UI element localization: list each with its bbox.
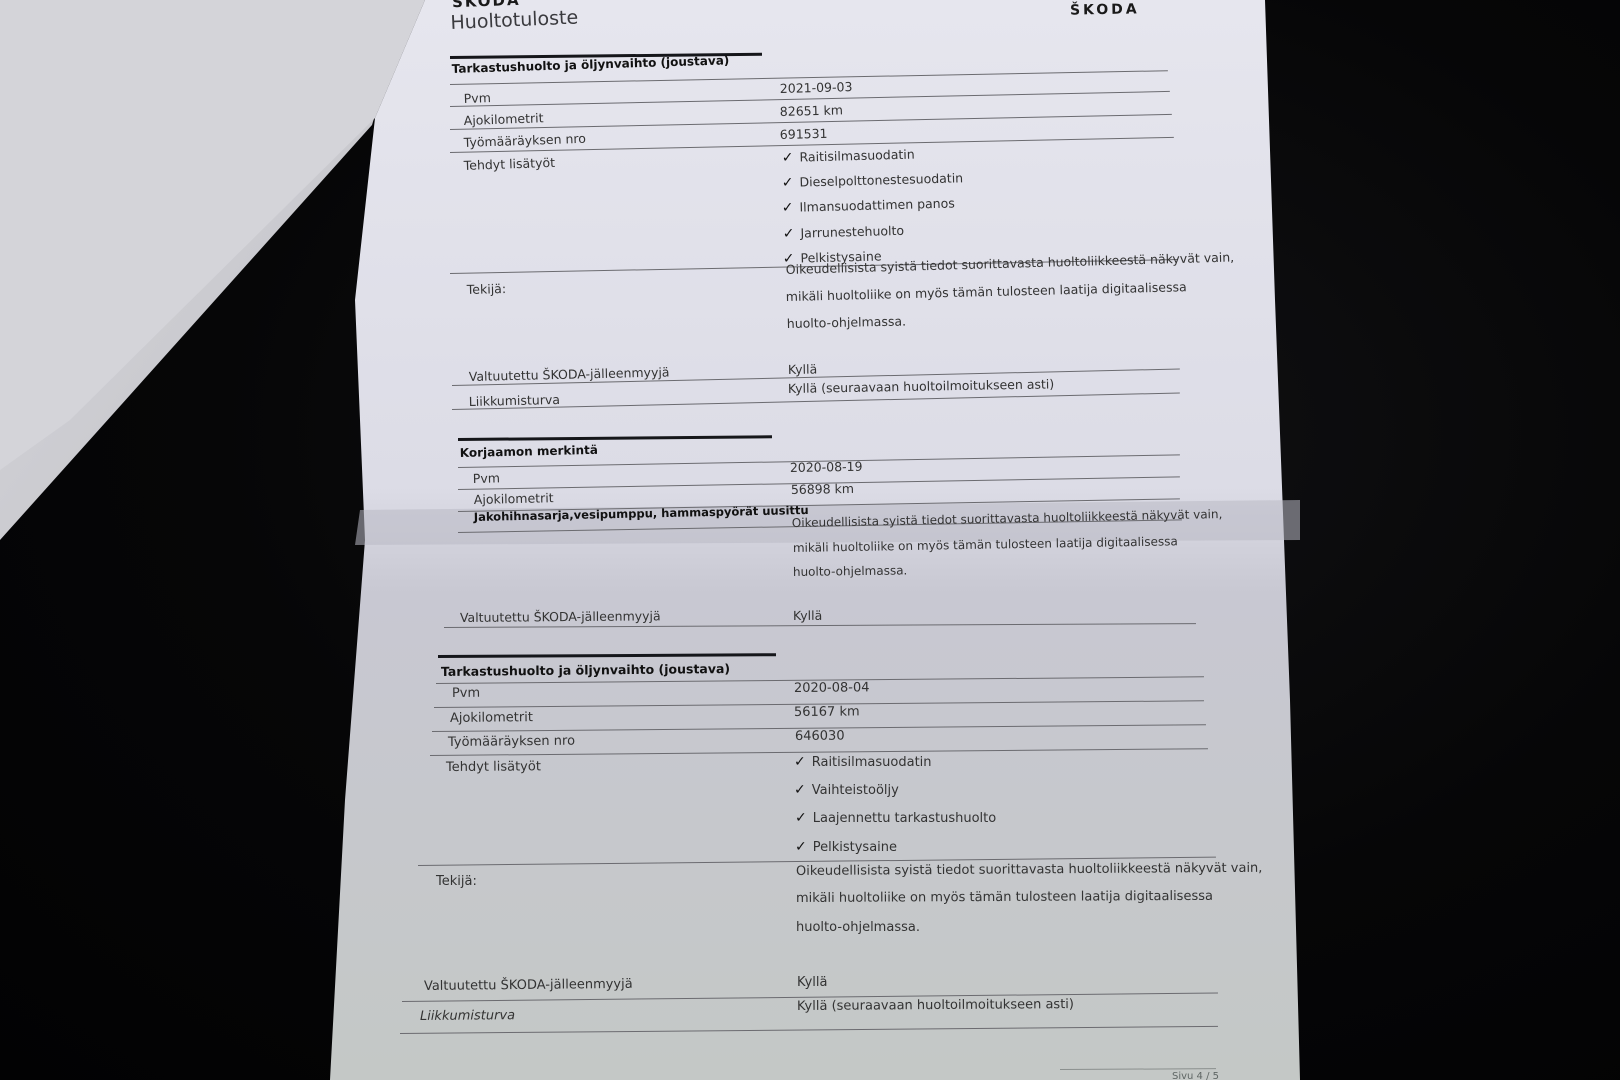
row-divider <box>400 1026 1218 1034</box>
section-divider <box>438 653 776 658</box>
skoda-logo: ŠKODA <box>1070 1 1140 18</box>
field-label-work-order: Työmääräyksen nro <box>448 734 575 750</box>
extra-work-item: ✓Dieselpolttonestesuodatin <box>782 170 964 191</box>
checkmark-icon: ✓ <box>795 839 807 855</box>
maker-note-line: mikäli huoltoliike on myös tämän tuloste… <box>793 534 1178 555</box>
field-value-mileage: 56167 km <box>794 704 860 720</box>
extra-work-item-label: Raitisilmasuodatin <box>812 755 932 770</box>
field-label-maker: Tekijä: <box>467 281 507 297</box>
extra-work-item: ✓Vaihteistoöljy <box>794 782 899 798</box>
maker-note-line: huolto-ohjelmassa. <box>793 563 908 579</box>
field-label-date: Pvm <box>473 470 500 486</box>
extra-work-item: ✓Raitisilmasuodatin <box>794 754 932 770</box>
extra-work-item: ✓Laajennettu tarkastushuolto <box>795 810 996 826</box>
field-label-date: Pvm <box>463 90 491 106</box>
extra-work-item: ✓Pelkistysaine <box>795 839 897 855</box>
extra-work-item: ✓Jarrunestehuolto <box>783 223 905 242</box>
section-title: Tarkastushuolto ja öljynvaihto (joustava… <box>441 661 730 679</box>
field-label-mileage: Ajokilometrit <box>450 710 533 726</box>
field-label-mileage: Ajokilometrit <box>463 110 543 128</box>
field-value-mobility: Kyllä (seuraavaan huoltoilmoitukseen ast… <box>797 997 1074 1014</box>
field-value-dealer: Kyllä <box>793 608 822 623</box>
page-title: Huoltotuloste <box>450 6 579 34</box>
checkmark-icon: ✓ <box>782 200 794 216</box>
checkmark-icon: ✓ <box>794 754 806 770</box>
field-value-mileage: 56898 km <box>791 481 854 497</box>
maker-note-line: huolto-ohjelmassa. <box>787 314 906 331</box>
field-label-work-order: Työmääräyksen nro <box>463 131 586 150</box>
field-value-mobility: Kyllä (seuraavaan huoltoilmoitukseen ast… <box>788 376 1055 396</box>
field-label-dealer: Valtuutettu ŠKODA-jälleenmyyjä <box>424 977 633 994</box>
field-label-mileage: Ajokilometrit <box>474 490 554 507</box>
field-label-date: Pvm <box>452 686 480 701</box>
field-value-mileage: 82651 km <box>780 102 844 119</box>
field-label-maker: Tekijä: <box>436 874 477 889</box>
field-label-extra-work: Tehdyt lisätyöt <box>446 759 541 775</box>
extra-work-item-label: Raitisilmasuodatin <box>799 147 915 165</box>
maker-note-line: Oikeudellisista syistä tiedot suorittava… <box>796 861 1263 879</box>
field-label-extra-work: Tehdyt lisätyöt <box>463 155 555 173</box>
service-printout-page: ŠKODA Huoltotuloste ŠKODA Tarkastushuolt… <box>0 0 1620 1080</box>
footer-divider <box>1060 1068 1216 1070</box>
extra-work-item-label: Ilmansuodattimen panos <box>799 195 955 214</box>
extra-work-item: ✓Raitisilmasuodatin <box>782 147 915 166</box>
maker-note-line: mikäli huoltoliike on myös tämän tuloste… <box>796 889 1213 906</box>
checkmark-icon: ✓ <box>795 810 807 826</box>
checkmark-icon: ✓ <box>782 150 794 166</box>
extra-work-item: ✓Ilmansuodattimen panos <box>782 195 955 216</box>
field-value-work-order: 646030 <box>795 729 845 744</box>
field-value-date: 2020-08-19 <box>790 459 863 475</box>
section-divider <box>458 435 772 441</box>
section-title: Korjaamon merkintä <box>460 443 598 460</box>
workshop-remark: Jakohihnasarja,vesipumppu, hammaspyörät … <box>474 503 809 524</box>
field-value-date: 2021-09-03 <box>780 79 853 96</box>
field-value-dealer: Kyllä <box>797 975 827 990</box>
extra-work-item-label: Dieselpolttonestesuodatin <box>799 170 963 189</box>
maker-note-line: huolto-ohjelmassa. <box>796 920 920 935</box>
checkmark-icon: ✓ <box>794 782 806 798</box>
page-indicator: Sivu 4 / 5 <box>1172 1071 1219 1080</box>
maker-note-line: mikäli huoltoliike on myös tämän tuloste… <box>786 279 1187 304</box>
extra-work-item-label: Jarrunestehuolto <box>800 223 904 241</box>
field-value-work-order: 691531 <box>780 126 828 142</box>
extra-work-item-label: Laajennettu tarkastushuolto <box>813 811 996 826</box>
field-label-dealer: Valtuutettu ŠKODA-jälleenmyyjä <box>460 608 661 625</box>
extra-work-item-label: Pelkistysaine <box>813 840 897 855</box>
field-value-date: 2020-08-04 <box>794 680 870 696</box>
extra-work-item-label: Vaihteistoöljy <box>812 783 899 798</box>
field-label-mobility: Liikkumisturva <box>420 1008 515 1024</box>
field-value-dealer: Kyllä <box>788 361 818 377</box>
checkmark-icon: ✓ <box>783 226 795 242</box>
checkmark-icon: ✓ <box>782 175 794 191</box>
maker-note-line: Oikeudellisista syistä tiedot suorittava… <box>792 507 1223 530</box>
